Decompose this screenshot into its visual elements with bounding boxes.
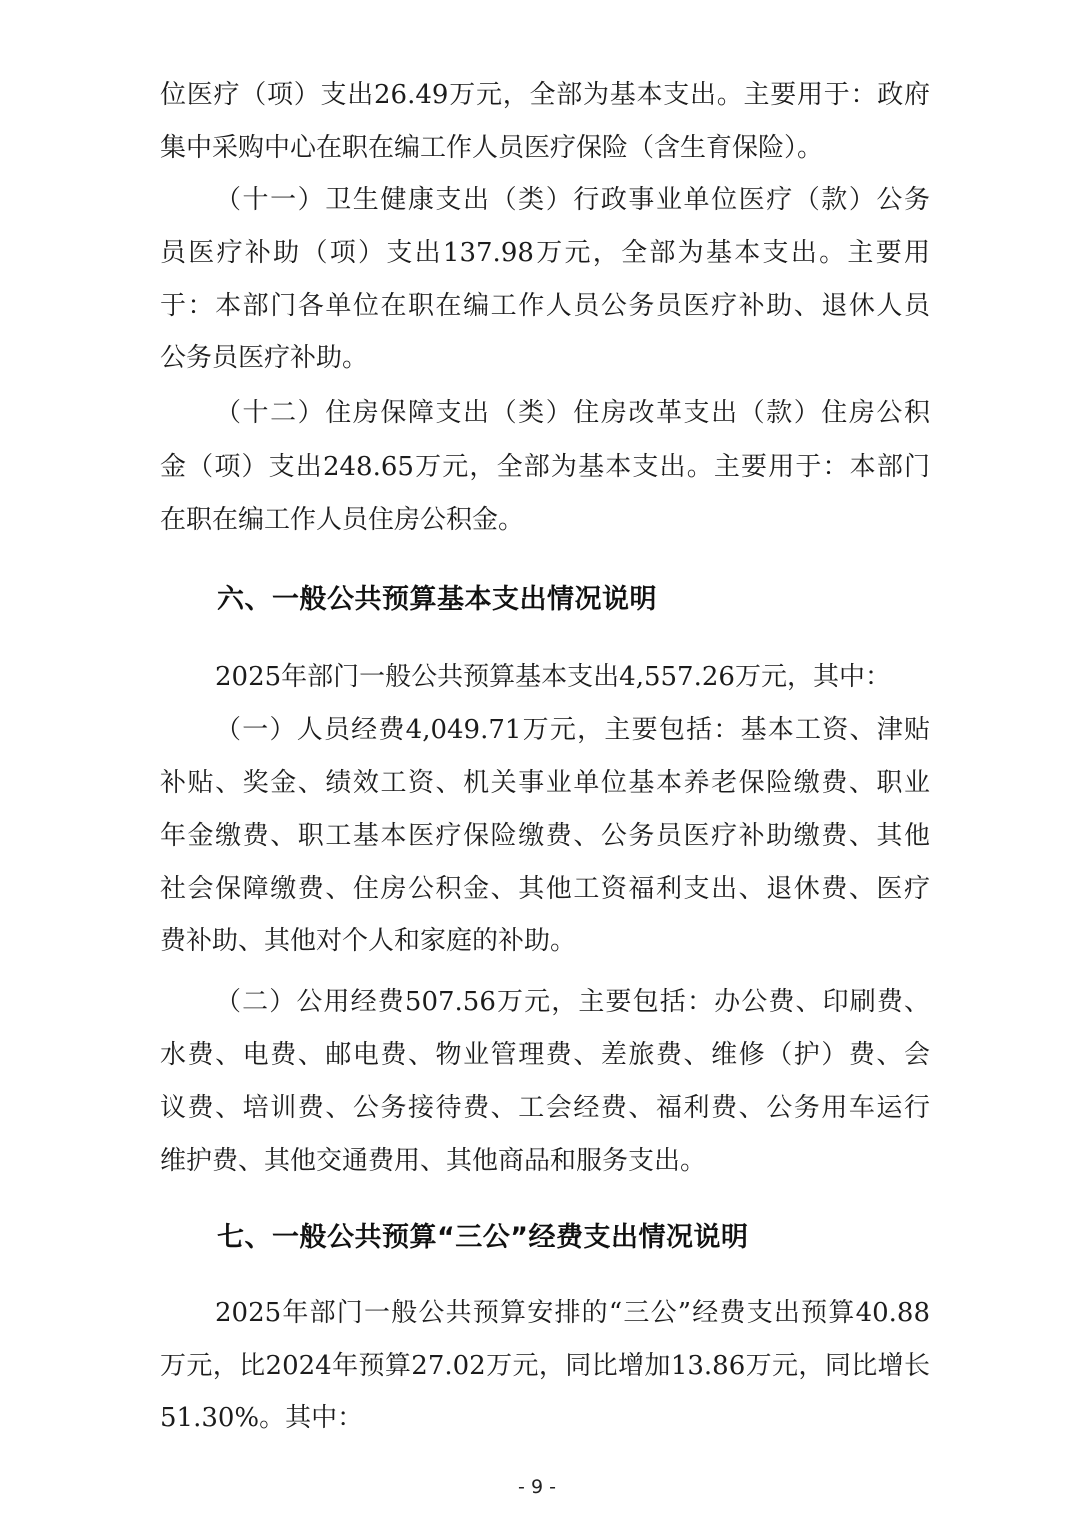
- section-heading-6: 六、一般公共预算基本支出情况说明: [217, 580, 657, 620]
- text-line: （二）公用经费507.56万元，主要包括：办公费、印刷费、: [215, 984, 930, 1020]
- text-line: 于：本部门各单位在职在编工作人员公务员医疗补助、退休人员: [160, 288, 930, 324]
- text-line: 议费、培训费、公务接待费、工会经费、福利费、公务用车运行: [160, 1090, 930, 1126]
- text-line: 公务员医疗补助。: [160, 340, 930, 376]
- text-line: 位医疗（项）支出26.49万元，全部为基本支出。主要用于：政府: [160, 77, 930, 113]
- text-line: 金（项）支出248.65万元，全部为基本支出。主要用于：本部门: [160, 449, 930, 485]
- text-line: 万元，比2024年预算27.02万元，同比增加13.86万元，同比增长: [160, 1348, 930, 1384]
- text-line: 水费、电费、邮电费、物业管理费、差旅费、维修（护）费、会: [160, 1037, 930, 1073]
- text-line: 2025年部门一般公共预算基本支出4,557.26万元，其中：: [215, 659, 930, 695]
- section-heading-7: 七、一般公共预算“三公”经费支出情况说明: [217, 1218, 749, 1258]
- text-line: 年金缴费、职工基本医疗保险缴费、公务员医疗补助缴费、其他: [160, 818, 930, 854]
- text-line: 2025年部门一般公共预算安排的“三公”经费支出预算40.88: [215, 1295, 930, 1331]
- text-line: 维护费、其他交通费用、其他商品和服务支出。: [160, 1143, 930, 1179]
- text-line: （十二）住房保障支出（类）住房改革支出（款）住房公积: [215, 395, 930, 431]
- document-page: 位医疗（项）支出26.49万元，全部为基本支出。主要用于：政府 集中采购中心在职…: [0, 0, 1074, 1520]
- text-line: 51.30%。其中：: [160, 1400, 930, 1436]
- text-line: 费补助、其他对个人和家庭的补助。: [160, 923, 930, 959]
- text-line: 社会保障缴费、住房公积金、其他工资福利支出、退休费、医疗: [160, 871, 930, 907]
- text-line: 补贴、奖金、绩效工资、机关事业单位基本养老保险缴费、职业: [160, 765, 930, 801]
- text-line: 在职在编工作人员住房公积金。: [160, 502, 930, 538]
- text-line: （一）人员经费4,049.71万元，主要包括：基本工资、津贴: [215, 712, 930, 748]
- text-line: 集中采购中心在职在编工作人员医疗保险（含生育保险）。: [160, 130, 930, 166]
- text-line: 员医疗补助（项）支出137.98万元，全部为基本支出。主要用: [160, 235, 930, 271]
- page-number: - 9 -: [0, 1476, 1074, 1498]
- text-line: （十一）卫生健康支出（类）行政事业单位医疗（款）公务: [215, 182, 930, 218]
